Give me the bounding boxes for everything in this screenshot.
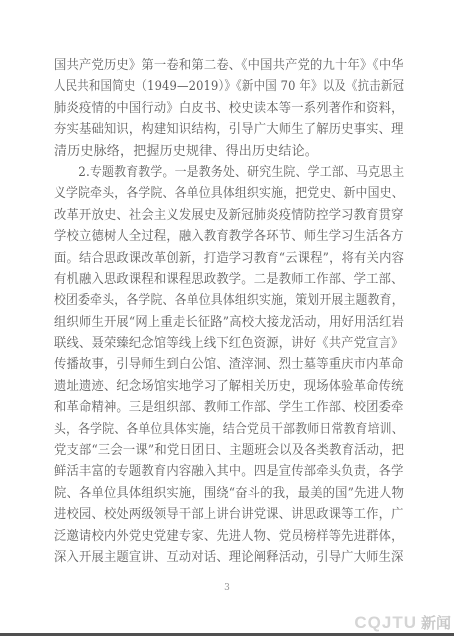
text-line: 清历史脉络，把握历史规律、得出历史结论。 xyxy=(54,141,404,162)
text-line: 头，各学院、各单位具体实施，结合党员干部教师日常教育培训、 xyxy=(54,419,374,440)
text-line: 泛邀请校内外党史党建专家、先进人物、党员榜样等先进群体， xyxy=(54,526,385,547)
text-line: 院、各单位具体组织实施，围绕“奋斗的我，最美的国”先进人物 xyxy=(54,483,385,504)
watermark-cjk-text: 新闻 xyxy=(421,615,451,632)
text-line: 和革命精神。三是组织部、教师工作部、学生工作部、校团委牵 xyxy=(54,397,385,418)
text-line: 遗址遗迹、纪念场馆实地学习了解相关历史，现场体验革命传统 xyxy=(54,376,385,397)
text-line: 义学院牵头，各学院、各单位具体组织实施，把党史、新中国史、 xyxy=(54,183,374,204)
text-line: 人民共和国简史（1949—2019）》《新中国 70 年》以及《抗击新冠 xyxy=(54,76,363,97)
text-line: 肺炎疫情的中国行动》白皮书、校史读本等一系列著作和资料， xyxy=(54,98,385,119)
watermark: CQJTU新闻 xyxy=(354,612,451,635)
watermark-latin-text: CQJTU xyxy=(354,613,417,632)
text-line: 改革开放史、社会主义发展史及新冠肺炎疫情防控学习教育贯穿 xyxy=(54,205,385,226)
text-line: 传播故事，引导师生到白公馆、渣滓洞、烈士墓等重庆市内革命 xyxy=(54,354,385,375)
text-line: 进校园、校处两级领导干部上讲台讲党课、讲思政课等工作，广 xyxy=(54,504,385,525)
page-number: 3 xyxy=(0,583,454,593)
scanned-document-page: 国共产党历史》第一卷和第二卷、《中国共产党的九十年》《中华人民共和国简史（194… xyxy=(0,0,454,641)
text-line: 联线、聂荣臻纪念馆等线上线下红色资源，讲好《共产党宣言》 xyxy=(54,333,385,354)
bottom-rule-divider xyxy=(0,633,454,636)
text-line: 深入开展主题宣讲、互动对话、理论阐释活动，引导广大师生深 xyxy=(54,547,385,568)
text-line: 有机融入思政课程和课程思政教学。二是教师工作部、学工部、 xyxy=(54,269,385,290)
text-line: 夯实基础知识，构建知识结构，引导广大师生了解历史事实、理 xyxy=(54,119,385,140)
text-block: 国共产党历史》第一卷和第二卷、《中国共产党的九十年》《中华人民共和国简史（194… xyxy=(54,55,404,568)
text-line: 鲜活丰富的专题教育内容融入其中。四是宣传部牵头负责，各学 xyxy=(54,461,385,482)
text-line: 国共产党历史》第一卷和第二卷、《中国共产党的九十年》《中华 xyxy=(54,55,385,76)
text-line: 党支部“三会一课”和党日团日、主题班会以及各类教育活动，把 xyxy=(54,440,385,461)
text-line: 2.专题教育教学。一是教务处、研究生院、学工部、马克思主 xyxy=(54,162,375,183)
text-line: 校团委牵头，各学院、各单位具体组织实施，策划开展主题教育， xyxy=(54,290,374,311)
text-line: 组织师生开展“网上重走长征路”高校大接龙活动，用好用活红岩 xyxy=(54,312,385,333)
text-line: 面。结合思政课改革创新，打造学习教育“云课程”，将有关内容 xyxy=(54,248,385,269)
text-line: 学校立德树人全过程，融入教育教学各环节、师生学习生活各方 xyxy=(54,226,385,247)
